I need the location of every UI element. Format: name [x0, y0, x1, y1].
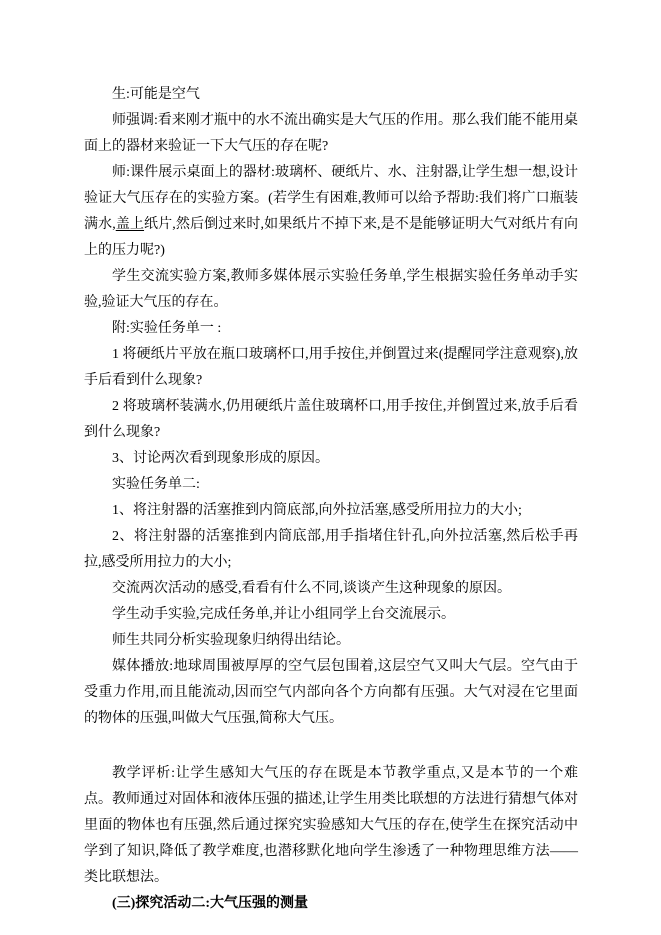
paragraph: 1 将硬纸片平放在瓶口玻璃杯口,用手按住,并倒置过来(提醒同学注意观察),放手后…: [84, 342, 578, 394]
paragraph: 师生共同分析实验现象归纳得出结论。: [84, 628, 578, 654]
text-run: 3、讨论两次看到现象形成的原因。: [112, 451, 329, 466]
paragraph: 教学评析:让学生感知大气压的存在既是本节教学重点,又是本节的一个难点。教师通过对…: [84, 761, 578, 891]
paragraph: 2、将注射器的活塞推到内筒底部,用手指堵住针孔,向外拉活塞,然后松手再拉,感受所…: [84, 524, 578, 576]
paragraph: 实验任务单二:: [84, 472, 578, 498]
text-run: 2 将玻璃杯装满水,仍用硬纸片盖住玻璃杯口,用手按住,并倒置过来,放手后看到什么…: [84, 399, 578, 440]
paragraph: 媒体播放:地球周围被厚厚的空气层包围着,这层空气又叫大气层。空气由于受重力作用,…: [84, 654, 578, 732]
paragraph: 1、将注射器的活塞推到内筒底部,向外拉活塞,感受所用拉力的大小;: [84, 498, 578, 524]
paragraph: 生:可能是空气: [84, 82, 578, 108]
text-run: 1 将硬纸片平放在瓶口玻璃杯口,用手按住,并倒置过来(提醒同学注意观察),放手后…: [84, 347, 578, 388]
text-run: 师强调:看来刚才瓶中的水不流出确实是大气压的作用。那么我们能不能用桌面上的器材来…: [84, 113, 578, 154]
paragraph: 交流两次活动的感受,看看有什么不同,谈谈产生这种现象的原因。: [84, 576, 578, 602]
text-run: 纸片,然后倒过来时,如果纸片不掉下来,是不是能够证明大气对纸片有向上的压力呢?): [84, 217, 578, 258]
section-heading: (三)探究活动二:大气压强的测量: [84, 891, 578, 917]
document-body: 生:可能是空气师强调:看来刚才瓶中的水不流出确实是大气压的作用。那么我们能不能用…: [84, 82, 578, 917]
paragraph: 师:课件展示桌面上的器材:玻璃杯、硬纸片、水、注射器,让学生想一想,设计验证大气…: [84, 160, 578, 264]
paragraph: 师强调:看来刚才瓶中的水不流出确实是大气压的作用。那么我们能不能用桌面上的器材来…: [84, 108, 578, 160]
paragraph: 学生交流实验方案,教师多媒体展示实验任务单,学生根据实验任务单动手实验,验证大气…: [84, 264, 578, 316]
paragraph: 附:实验任务单一 :: [84, 316, 578, 342]
paragraph: 2 将玻璃杯装满水,仍用硬纸片盖住玻璃杯口,用手按住,并倒置过来,放手后看到什么…: [84, 394, 578, 446]
paragraph: 3、讨论两次看到现象形成的原因。: [84, 446, 578, 472]
text-run: 交流两次活动的感受,看看有什么不同,谈谈产生这种现象的原因。: [112, 581, 511, 596]
text-run: 学生交流实验方案,教师多媒体展示实验任务单,学生根据实验任务单动手实验,验证大气…: [84, 269, 578, 310]
text-run: 1、将注射器的活塞推到内筒底部,向外拉活塞,感受所用拉力的大小;: [112, 503, 522, 518]
text-run: (三)探究活动二:大气压强的测量: [112, 896, 308, 911]
text-run: 2、将注射器的活塞推到内筒底部,用手指堵住针孔,向外拉活塞,然后松手再拉,感受所…: [84, 529, 578, 570]
text-run: 实验任务单二:: [112, 477, 200, 492]
paragraph: 学生动手实验,完成任务单,并让小组同学上台交流展示。: [84, 602, 578, 628]
underlined-text: 盖上: [116, 217, 144, 232]
text-run: 媒体播放:地球周围被厚厚的空气层包围着,这层空气又叫大气层。空气由于受重力作用,…: [84, 659, 578, 726]
text-run: 附:实验任务单一 :: [112, 321, 221, 336]
text-run: 教学评析:让学生感知大气压的存在既是本节教学重点,又是本节的一个难点。教师通过对…: [84, 766, 578, 885]
document-page: 生:可能是空气师强调:看来刚才瓶中的水不流出确实是大气压的作用。那么我们能不能用…: [0, 0, 661, 935]
text-run: 学生动手实验,完成任务单,并让小组同学上台交流展示。: [112, 607, 455, 622]
blank-line: [84, 732, 578, 761]
text-run: 生:可能是空气: [112, 87, 200, 102]
text-run: 师生共同分析实验现象归纳得出结论。: [112, 633, 350, 648]
